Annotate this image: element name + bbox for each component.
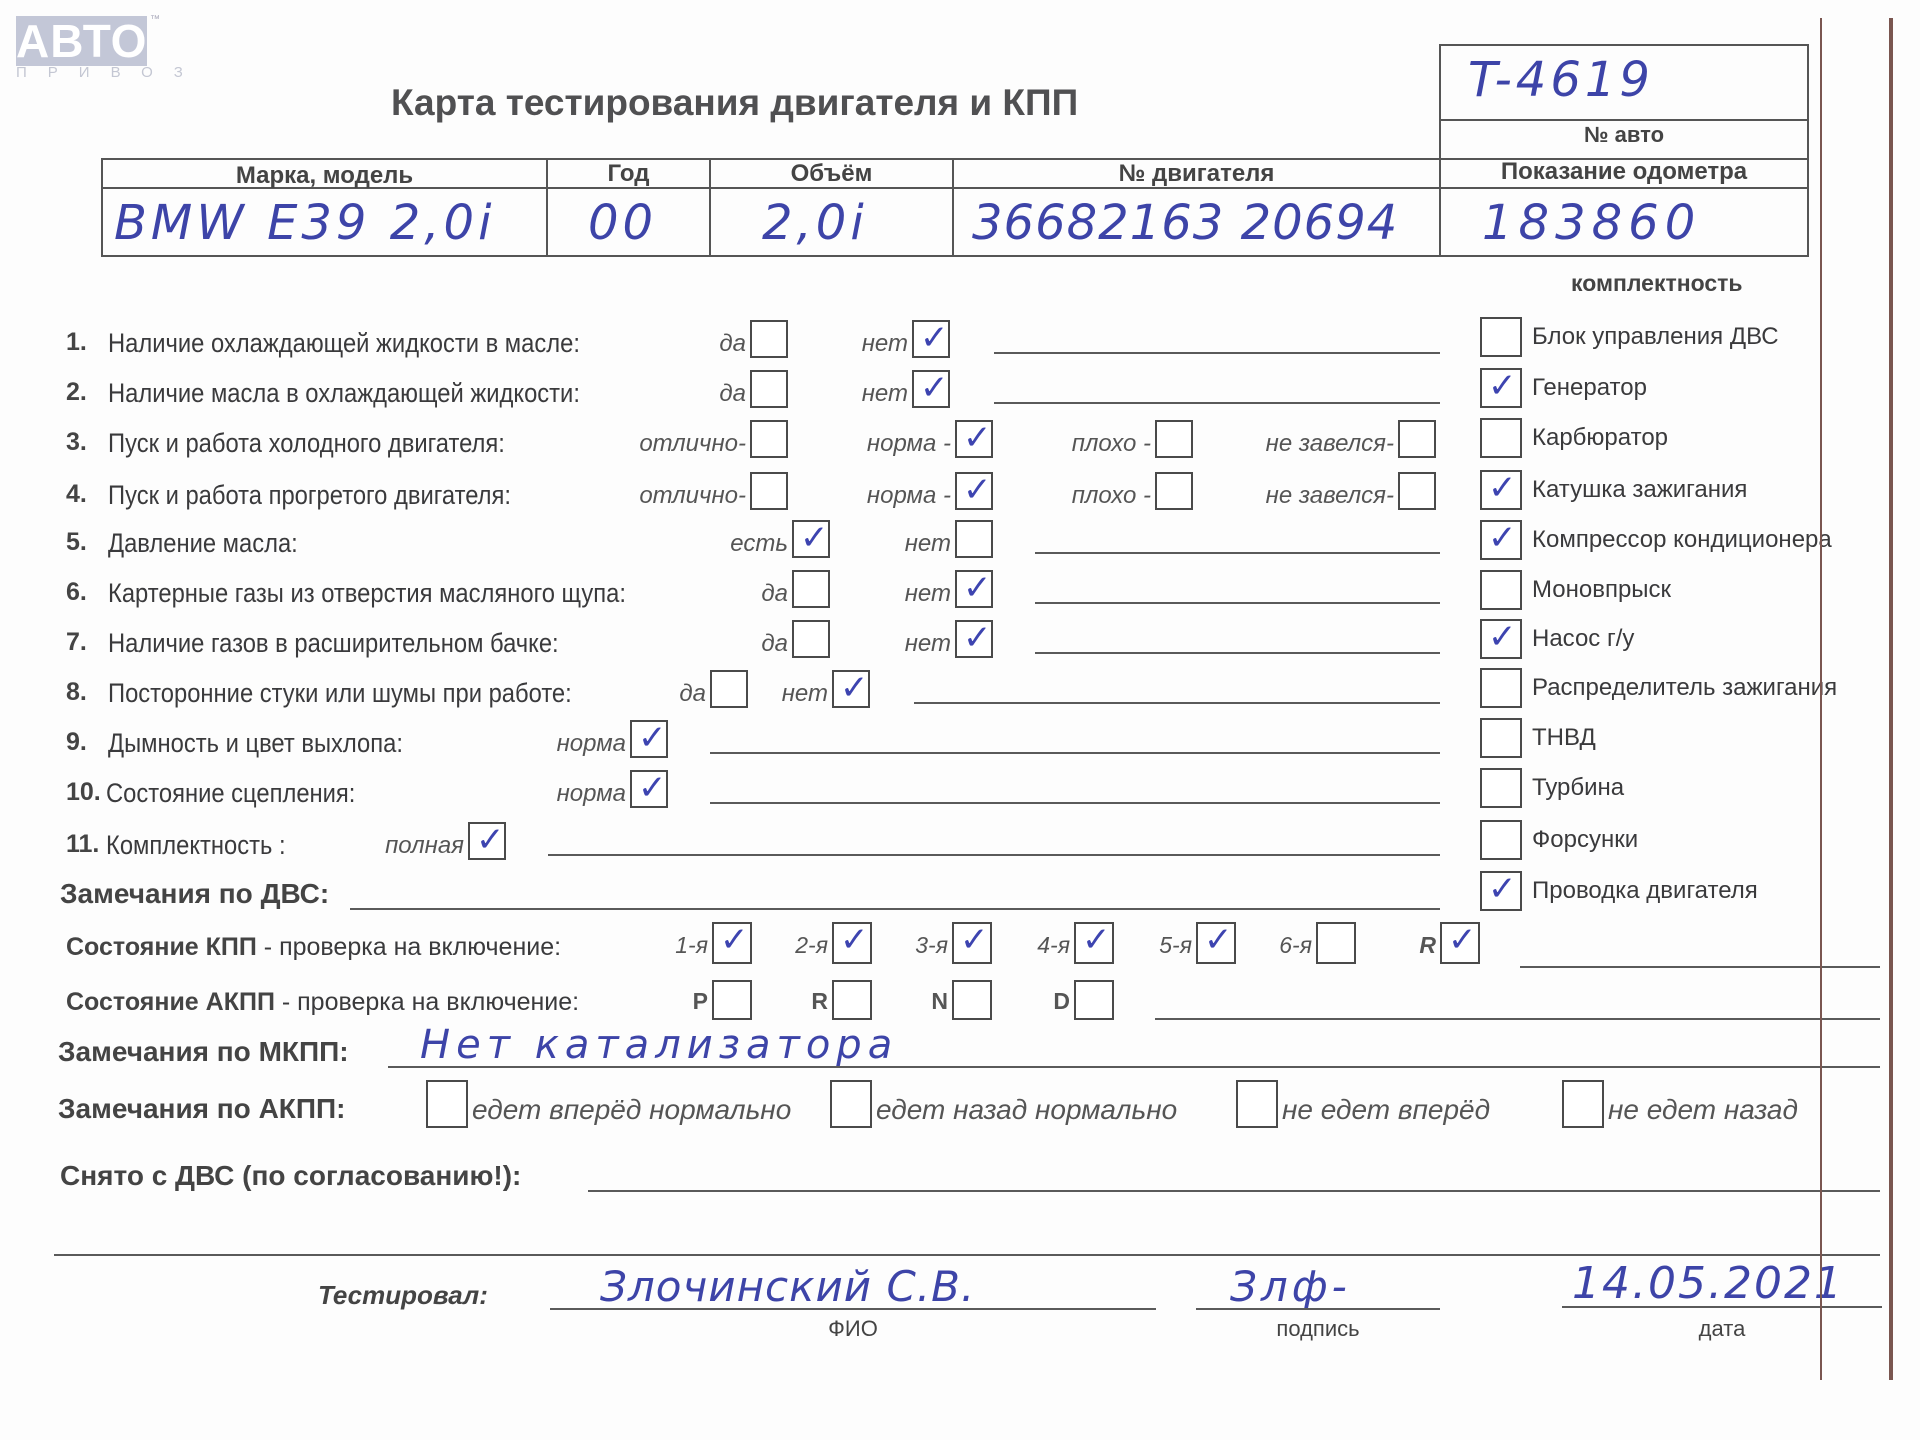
engine-number-value: 36682163 20694 [972,195,1398,251]
option-checkbox[interactable] [1398,420,1436,458]
option-label: норма [450,780,626,808]
comment-field[interactable] [710,802,1440,804]
manual-gearbox-label: Состояние КПП - проверка на включение: [66,933,561,962]
question-number: 11. [66,830,99,859]
option-checkbox[interactable] [1155,420,1193,458]
completeness-label: Блок управления ДВС [1532,323,1779,351]
option-checkbox[interactable]: ✓ [955,570,993,608]
col-header-volume: Объём [711,160,952,188]
gear-label: R [1360,932,1436,959]
completeness-label: Моновпрыск [1532,576,1671,604]
check-mark-icon: ✓ [638,768,667,808]
completeness-label: Карбюратор [1532,424,1668,452]
completeness-label: Распределитель зажигания [1532,674,1837,702]
manual-gearbox-comment-field[interactable] [1520,966,1880,968]
gear-checkbox[interactable]: ✓ [832,922,872,964]
option-label: полная [288,832,464,860]
option-label: нет [775,580,951,608]
option-label: не завелся- [1218,482,1394,510]
signature-caption: подпись [1196,1316,1440,1342]
gear-label: 3-я [872,932,948,959]
option-checkbox[interactable] [1155,472,1193,510]
gear-checkbox[interactable]: ✓ [1196,922,1236,964]
check-mark-icon: ✓ [1082,920,1111,960]
option-label: нет [732,380,908,408]
question-number: 8. [66,678,87,707]
completeness-checkbox[interactable]: ✓ [1480,871,1522,911]
logo-trademark: ™ [150,14,160,25]
manual-gearbox-title: Состояние КПП [66,933,257,961]
name-caption: ФИО [550,1316,1156,1342]
question-number: 10. [66,778,101,807]
tester-name: Злочинский С.В. [600,1262,975,1311]
gear-label: 1-я [632,932,708,959]
question-text: Наличие масла в охлаждающей жидкости: [108,378,580,409]
tester-signature: Злф- [1230,1262,1351,1311]
completeness-checkbox[interactable] [1480,768,1522,808]
gear-label: 6-я [1236,932,1312,959]
question-text: Наличие газов в расширительном бачке: [108,628,559,659]
col-header-year: Год [548,160,709,188]
check-mark-icon: ✓ [1488,617,1517,657]
margin-line-thick [1889,18,1893,1380]
completeness-label: ТНВД [1532,724,1596,752]
page-title: Карта тестирования двигателя и КПП [391,82,1078,124]
model-value: BMW E39 2,0i [114,195,495,251]
option-label: да [570,330,746,358]
logo: АВТО [16,16,147,66]
mkpp-remarks-label: Замечания по МКПП: [58,1036,349,1068]
question-text: Пуск и работа прогретого двигателя: [108,480,511,511]
question-text: Картерные газы из отверстия масляного щу… [108,578,626,609]
check-mark-icon: ✓ [1448,920,1477,960]
question-text: Давление масла: [108,528,298,559]
option-label: плохо - [975,482,1151,510]
akpp-option-label: не едет назад [1608,1094,1798,1126]
comment-field[interactable] [1035,552,1440,554]
option-label: нет [732,330,908,358]
removed-field[interactable] [588,1190,1880,1192]
check-mark-icon: ✓ [1204,920,1233,960]
check-mark-icon: ✓ [963,618,992,658]
check-mark-icon: ✓ [920,368,949,408]
option-checkbox[interactable] [1398,472,1436,510]
col-header-engine-number: № двигателя [954,160,1439,188]
question-text: Состояние сцепления: [106,778,355,809]
check-mark-icon: ✓ [960,920,989,960]
completeness-checkbox[interactable] [1480,718,1522,758]
engine-remarks-field[interactable] [350,908,1440,910]
gear-label: 2-я [752,932,828,959]
test-date: 14.05.2021 [1572,1258,1844,1309]
gear-checkbox[interactable]: ✓ [1074,922,1114,964]
gear-checkbox[interactable] [952,980,992,1020]
gear-checkbox[interactable] [1316,922,1356,964]
option-checkbox[interactable]: ✓ [912,370,950,408]
option-label: норма - [775,482,951,510]
completeness-label: Турбина [1532,774,1624,802]
option-label: нет [775,630,951,658]
option-checkbox[interactable] [955,520,993,558]
completeness-title: комплектность [1571,270,1743,297]
option-label: норма - [775,430,951,458]
year-value: 00 [588,195,657,251]
auto-gearbox-label: Состояние АКПП - проверка на включение: [66,988,579,1017]
comment-field[interactable] [994,352,1440,354]
option-label: нет [652,680,828,708]
gear-checkbox[interactable]: ✓ [1440,922,1480,964]
question-number: 3. [66,428,87,457]
question-number: 6. [66,578,87,607]
manual-gearbox-subtitle: - проверка на включение: [257,933,561,961]
akpp-option-checkbox[interactable] [426,1080,468,1128]
option-checkbox[interactable]: ✓ [630,770,668,808]
date-line [1562,1306,1882,1308]
completeness-checkbox[interactable] [1480,668,1522,708]
check-mark-icon: ✓ [1488,518,1517,558]
check-mark-icon: ✓ [476,820,505,860]
removed-label: Снято с ДВС (по согласованию!): [60,1160,521,1192]
car-number-label: № авто [1441,122,1807,148]
gear-label: R [772,988,828,1015]
question-number: 5. [66,528,87,557]
comment-field[interactable] [1035,602,1440,604]
gear-checkbox[interactable]: ✓ [712,922,752,964]
option-checkbox[interactable]: ✓ [630,720,668,758]
check-mark-icon: ✓ [963,568,992,608]
completeness-checkbox[interactable]: ✓ [1480,619,1522,659]
completeness-label: Насос г/у [1532,625,1634,653]
option-label: отлично- [570,430,746,458]
question-number: 7. [66,628,87,657]
comment-field[interactable] [548,854,1440,856]
gear-label: P [652,988,708,1015]
comment-field[interactable] [914,702,1440,704]
completeness-label: Проводка двигателя [1532,877,1758,905]
gear-checkbox[interactable] [1074,980,1114,1020]
option-label: не завелся- [1218,430,1394,458]
option-checkbox[interactable]: ✓ [955,620,993,658]
option-label: да [570,380,746,408]
option-label: отлично- [570,482,746,510]
akpp-remarks-label: Замечания по АКПП: [58,1093,345,1125]
gear-label: 5-я [1116,932,1192,959]
comment-field[interactable] [710,752,1440,754]
completeness-checkbox[interactable]: ✓ [1480,368,1522,408]
akpp-option-label: едет назад нормально [876,1094,1177,1126]
signature-line [1196,1308,1440,1310]
tested-by-label: Тестировал: [318,1280,488,1311]
gear-label: 4-я [994,932,1070,959]
question-text: Посторонние стуки или шумы при работе: [108,678,572,709]
auto-gearbox-subtitle: - проверка на включение: [275,988,579,1016]
completeness-label: Генератор [1532,374,1647,402]
completeness-label: Компрессор кондиционера [1532,526,1832,554]
option-checkbox[interactable]: ✓ [912,320,950,358]
option-label: норма [450,730,626,758]
akpp-option-checkbox[interactable] [830,1080,872,1128]
logo-subtitle: ПРИВОЗ [16,64,204,81]
question-text: Дымность и цвет выхлопа: [108,728,403,759]
mkpp-remarks-field[interactable] [388,1066,1880,1068]
engine-remarks-label: Замечания по ДВС: [60,878,329,910]
question-number: 4. [66,480,87,509]
auto-gearbox-title: Состояние АКПП [66,988,275,1016]
check-mark-icon: ✓ [638,718,667,758]
completeness-checkbox[interactable] [1480,820,1522,860]
comment-field[interactable] [994,402,1440,404]
separator [54,1254,1880,1256]
akpp-option-checkbox[interactable] [1236,1080,1278,1128]
completeness-checkbox[interactable]: ✓ [1480,520,1522,560]
check-mark-icon: ✓ [920,318,949,358]
completeness-label: Форсунки [1532,826,1638,854]
check-mark-icon: ✓ [840,668,869,708]
completeness-checkbox[interactable] [1480,418,1522,458]
mkpp-remarks-value: Нет катализатора [420,1022,898,1068]
question-text: Комплектность : [106,830,286,861]
option-label: да [612,580,788,608]
question-text: Пуск и работа холодного двигателя: [108,428,505,459]
check-mark-icon: ✓ [720,920,749,960]
akpp-option-checkbox[interactable] [1562,1080,1604,1128]
odometer-value: 183860 [1482,195,1701,251]
check-mark-icon: ✓ [840,920,869,960]
option-label: плохо - [975,430,1151,458]
name-line [550,1308,1156,1310]
margin-line-thin [1820,18,1822,1380]
car-number-value: T-4619 [1468,52,1654,108]
col-header-model: Марка, модель [103,162,546,190]
auto-gearbox-comment-field[interactable] [1155,1018,1880,1020]
completeness-checkbox[interactable] [1480,570,1522,610]
gear-label: N [892,988,948,1015]
completeness-checkbox[interactable] [1480,317,1522,357]
gear-label: D [1014,988,1070,1015]
question-number: 1. [66,328,87,357]
gear-checkbox[interactable] [712,980,752,1020]
akpp-option-label: едет вперёд нормально [472,1094,791,1126]
option-checkbox[interactable]: ✓ [468,822,506,860]
question-number: 9. [66,728,87,757]
option-checkbox[interactable]: ✓ [832,670,870,708]
option-label: нет [775,530,951,558]
comment-field[interactable] [1035,652,1440,654]
completeness-checkbox[interactable]: ✓ [1480,470,1522,510]
question-number: 2. [66,378,87,407]
gear-checkbox[interactable]: ✓ [952,922,992,964]
akpp-option-label: не едет вперёд [1282,1094,1490,1126]
option-label: есть [612,530,788,558]
check-mark-icon: ✓ [1488,468,1517,508]
question-text: Наличие охлаждающей жидкости в масле: [108,328,580,359]
check-mark-icon: ✓ [1488,366,1517,406]
completeness-label: Катушка зажигания [1532,476,1747,504]
volume-value: 2,0i [762,195,868,251]
col-header-odometer: Показание одометра [1441,158,1807,186]
option-label: да [612,630,788,658]
check-mark-icon: ✓ [1488,869,1517,909]
date-caption: дата [1562,1316,1882,1342]
gear-checkbox[interactable] [832,980,872,1020]
